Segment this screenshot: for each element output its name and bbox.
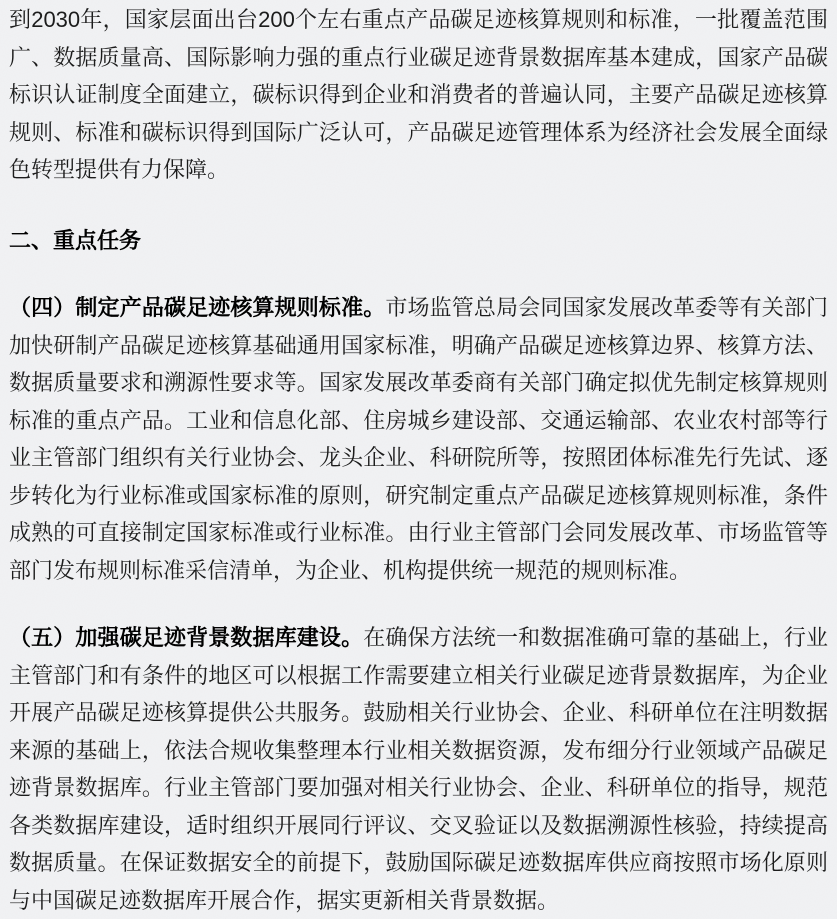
task-paragraph-5: （五）加强碳足迹背景数据库建设。在确保方法统一和数据准确可靠的基础上，行业主管部… [9,619,828,919]
article-body: 到2030年，国家层面出台200个左右重点产品碳足迹核算规则和标准，一批覆盖范围… [0,0,837,919]
intro-paragraph-text: 到2030年，国家层面出台200个左右重点产品碳足迹核算规则和标准，一批覆盖范围… [9,7,828,182]
task-paragraph-4: （四）制定产品碳足迹核算规则标准。市场监管总局会同国家发展改革委等有关部门加快研… [9,289,828,589]
intro-paragraph: 到2030年，国家层面出台200个左右重点产品碳足迹核算规则和标准，一批覆盖范围… [9,1,828,189]
section-heading: 二、重点任务 [9,222,828,260]
task-4-lead: （四）制定产品碳足迹核算规则标准。 [9,295,385,320]
task-5-lead: （五）加强碳足迹背景数据库建设。 [9,625,363,650]
task-5-body: 在确保方法统一和数据准确可靠的基础上，行业主管部门和有条件的地区可以根据工作需要… [9,625,828,913]
task-4-body: 市场监管总局会同国家发展改革委等有关部门加快研制产品碳足迹核算基础通用国家标准，… [9,295,828,583]
